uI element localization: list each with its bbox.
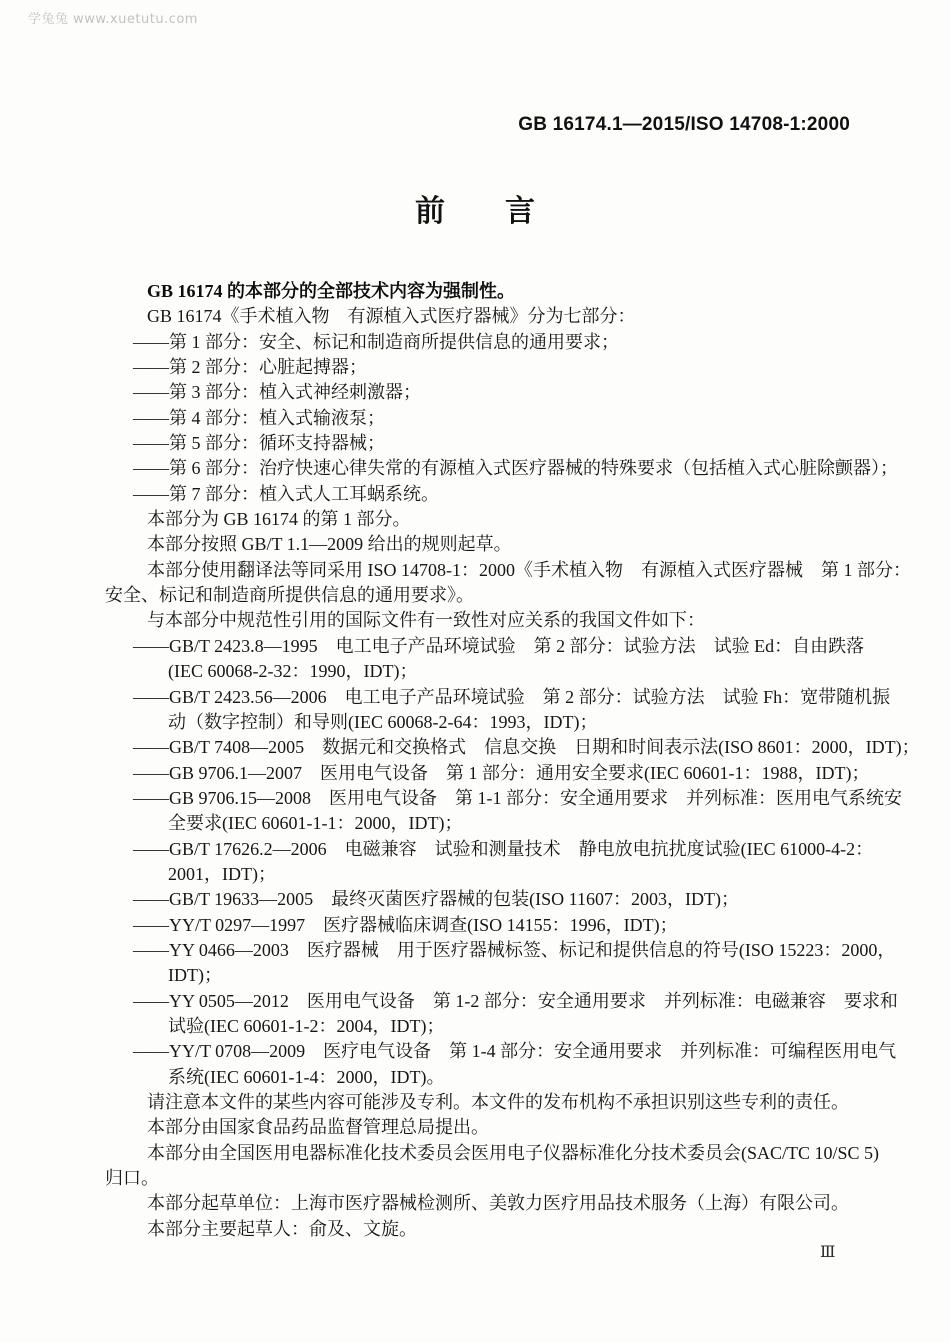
foreword-body: GB 16174 的本部分的全部技术内容为强制性。GB 16174《手术植入物 … <box>105 279 853 1242</box>
text-line: 全要求(IEC 60601-1-1：2000，IDT)； <box>105 811 853 836</box>
text-line: ——第 3 部分：植入式神经刺激器； <box>105 380 853 405</box>
text-line: ——GB/T 2423.56—2006 电工电子产品环境试验 第 2 部分：试验… <box>105 685 853 710</box>
text-line: 本部分由全国医用电器标准化技术委员会医用电子仪器标准化分技术委员会(SAC/TC… <box>105 1141 853 1166</box>
text-line: 动（数字控制）和导则(IEC 60068-2-64：1993，IDT)； <box>105 710 853 735</box>
text-line: 2001，IDT)； <box>105 862 853 887</box>
text-line: 本部分起草单位：上海市医疗器械检测所、美敦力医疗用品技术服务（上海）有限公司。 <box>105 1191 853 1216</box>
text-line: ——GB 9706.1—2007 医用电气设备 第 1 部分：通用安全要求(IE… <box>105 761 853 786</box>
text-line: (IEC 60068-2-32：1990，IDT)； <box>105 659 853 684</box>
text-line: ——YY/T 0708—2009 医疗电气设备 第 1-4 部分：安全通用要求 … <box>105 1039 853 1064</box>
text-line: 本部分主要起草人：俞及、文旋。 <box>105 1217 853 1242</box>
text-line: ——第 1 部分：安全、标记和制造商所提供信息的通用要求； <box>105 330 853 355</box>
text-line: 试验(IEC 60601-1-2：2004，IDT)； <box>105 1014 853 1039</box>
text-line: 本部分按照 GB/T 1.1—2009 给出的规则起草。 <box>105 532 853 557</box>
text-line: 安全、标记和制造商所提供信息的通用要求》。 <box>105 583 853 608</box>
text-line: 系统(IEC 60601-1-4：2000，IDT)。 <box>105 1065 853 1090</box>
text-line: ——第 7 部分：植入式人工耳蜗系统。 <box>105 482 853 507</box>
text-line: ——GB 9706.15—2008 医用电气设备 第 1-1 部分：安全通用要求… <box>105 786 853 811</box>
text-line: 本部分为 GB 16174 的第 1 部分。 <box>105 507 853 532</box>
document-page: 学兔兔 www.xuetutu.com GB 16174.1—2015/ISO … <box>0 0 950 1342</box>
text-line: ——GB/T 17626.2—2006 电磁兼容 试验和测量技术 静电放电抗扰度… <box>105 837 853 862</box>
text-line: ——YY/T 0297—1997 医疗器械临床调查(ISO 14155：1996… <box>105 913 853 938</box>
text-line: GB 16174 的本部分的全部技术内容为强制性。 <box>105 279 853 304</box>
text-line: ——第 6 部分：治疗快速心律失常的有源植入式医疗器械的特殊要求（包括植入式心脏… <box>105 456 853 481</box>
text-line: 与本部分中规范性引用的国际文件有一致性对应关系的我国文件如下： <box>105 608 853 633</box>
text-line: GB 16174《手术植入物 有源植入式医疗器械》分为七部分： <box>105 304 853 329</box>
text-line: ——第 5 部分：循环支持器械； <box>105 431 853 456</box>
text-line: 本部分由国家食品药品监督管理总局提出。 <box>105 1115 853 1140</box>
text-line: ——YY 0505—2012 医用电气设备 第 1-2 部分：安全通用要求 并列… <box>105 989 853 1014</box>
text-line: ——第 2 部分：心脏起搏器； <box>105 355 853 380</box>
watermark: 学兔兔 www.xuetutu.com <box>28 8 198 27</box>
text-line: ——GB/T 7408—2005 数据元和交换格式 信息交换 日期和时间表示法(… <box>105 735 853 760</box>
text-line: ——YY 0466—2003 医疗器械 用于医疗器械标签、标记和提供信息的符号(… <box>105 938 853 963</box>
text-line: ——第 4 部分：植入式输液泵； <box>105 406 853 431</box>
text-line: 请注意本文件的某些内容可能涉及专利。本文件的发布机构不承担识别这些专利的责任。 <box>105 1090 853 1115</box>
text-line: ——GB/T 2423.8—1995 电工电子产品环境试验 第 2 部分：试验方… <box>105 634 853 659</box>
standard-number-header: GB 16174.1—2015/ISO 14708-1:2000 <box>518 114 850 136</box>
page-title: 前 言 <box>0 186 950 230</box>
text-line: ——GB/T 19633—2005 最终灭菌医疗器械的包装(ISO 11607：… <box>105 887 853 912</box>
text-line: IDT)； <box>105 963 853 988</box>
text-line: 本部分使用翻译法等同采用 ISO 14708-1：2000《手术植入物 有源植入… <box>105 558 853 583</box>
text-line: 归口。 <box>105 1166 853 1191</box>
page-number: Ⅲ <box>820 1242 835 1262</box>
